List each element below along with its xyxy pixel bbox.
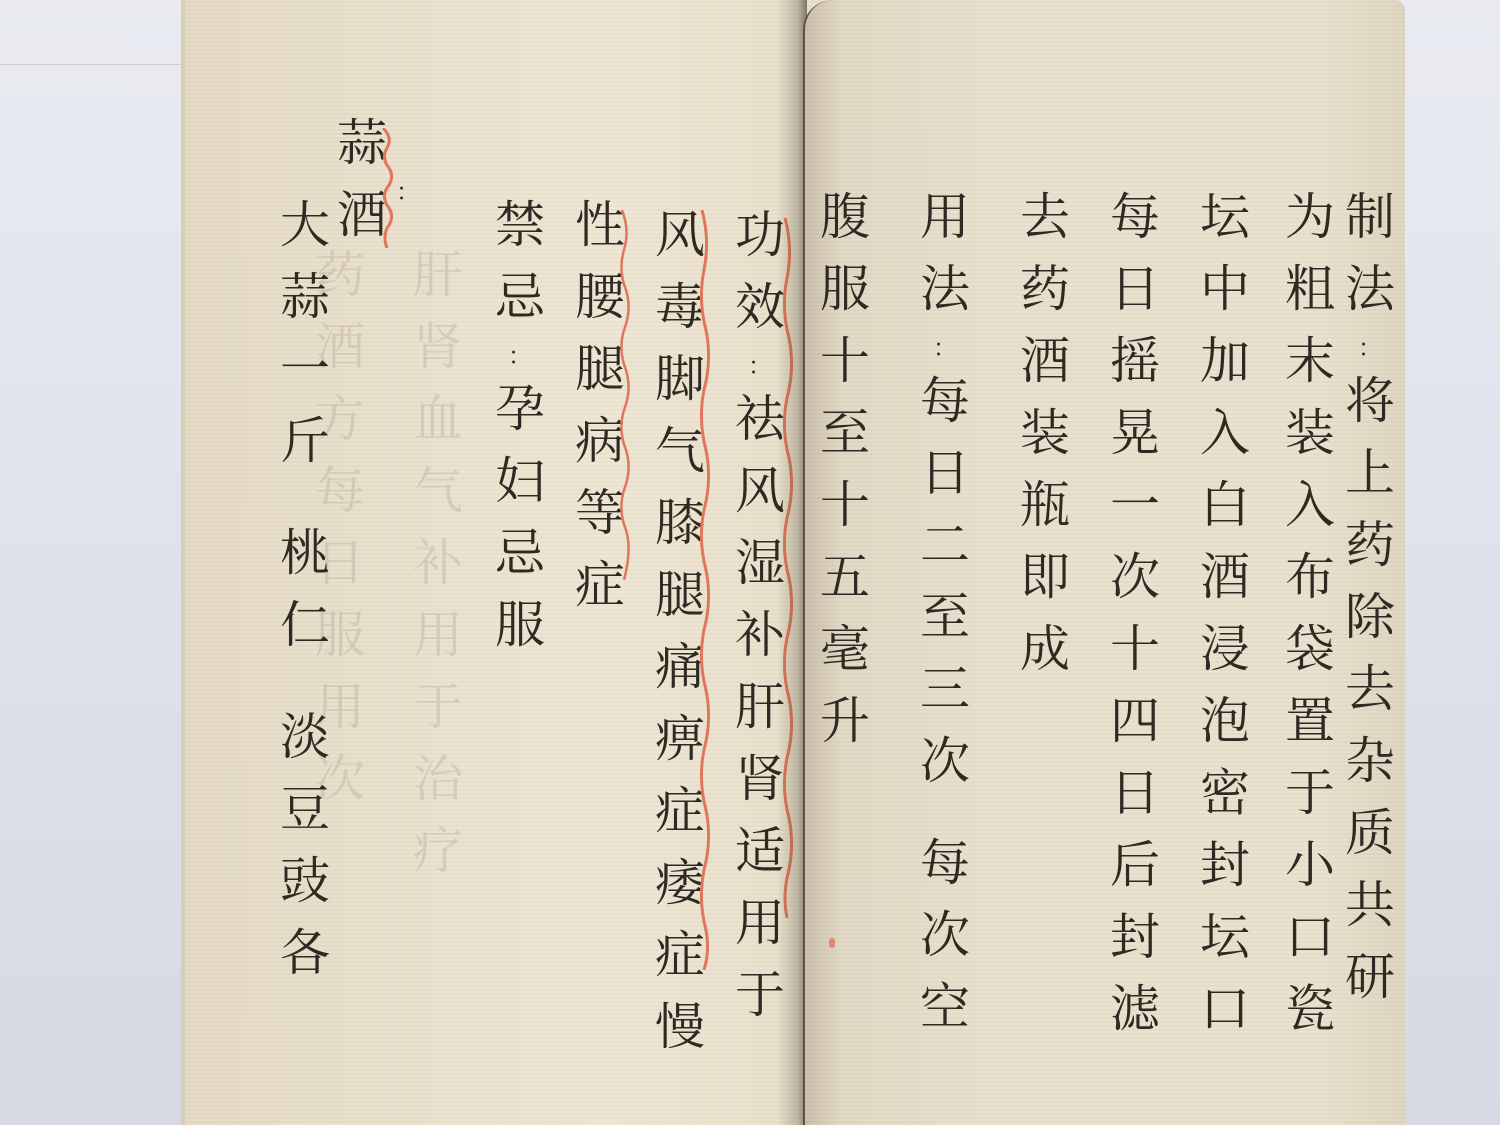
open-book: 肝肾血气补用于治疗 药酒方每日服用次 蒜 酒 ： 大 蒜 一 斤 桃 仁 淡 豆	[155, 0, 1405, 1125]
method-column-3: 坛 中 加 入 白 酒 浸 泡 密 封 坛 口	[1190, 192, 1260, 1056]
usage-column-1: 用 法 ： 每 日 二 至 三 次 每 次 空	[910, 192, 980, 1054]
ingredients-column: 大 蒜 一 斤 桃 仁 淡 豆 豉 各	[270, 200, 340, 1000]
method-column-1: 制 法 ： 将 上 药 除 去 杂 质 共 研	[1335, 192, 1405, 1024]
right-page: 腹 服 十 至 十 五 毫 升 用 法 ： 每 日 二 至 三 次 每 次 空 …	[803, 0, 1405, 1125]
red-underline	[698, 210, 712, 970]
usage-column-2: 腹 服 十 至 十 五 毫 升	[810, 192, 880, 768]
method-column-4: 每 日 摇 晃 一 次 十 四 日 后 封 滤	[1100, 192, 1170, 1056]
red-underline	[618, 210, 632, 580]
contraindications-column: 禁 忌 ： 孕 妇 忌 服	[485, 200, 555, 672]
red-underline	[381, 128, 395, 248]
bleed-through-text: 肝肾血气补用于治疗	[403, 250, 473, 898]
method-column-5: 去 药 酒 装 瓶 即 成	[1010, 192, 1080, 696]
red-ink-mark	[829, 938, 835, 948]
